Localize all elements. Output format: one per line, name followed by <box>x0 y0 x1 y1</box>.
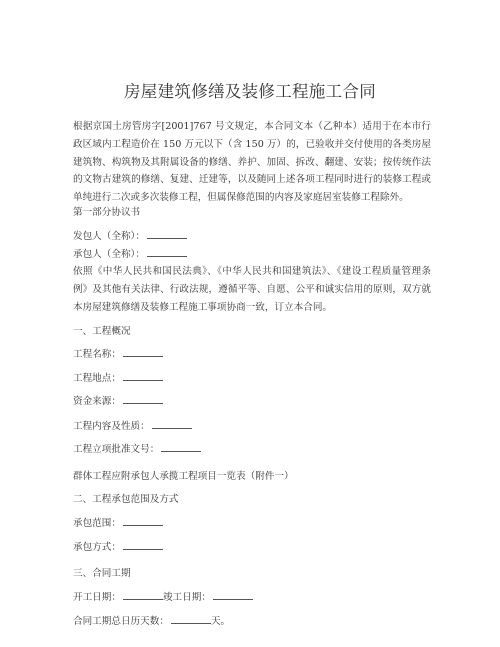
total-days-label: 合同工期总日历天数： <box>73 616 169 627</box>
field-blank <box>152 419 192 429</box>
field-blank <box>123 371 163 381</box>
section-three-heading: 三、合同工期 <box>73 565 131 579</box>
contractor-field: 承包人（全称）： <box>73 246 187 260</box>
total-days-blank <box>171 614 211 624</box>
part-one-heading: 第一部分协议书 <box>73 204 140 218</box>
field-label: 承包范围： <box>73 518 121 529</box>
start-date-label: 开工日期： <box>73 592 121 603</box>
employer-blank <box>147 229 187 239</box>
approval-number-field: 工程立项批准文号： <box>73 441 201 455</box>
field-blank <box>123 516 163 526</box>
contractor-blank <box>147 247 187 257</box>
group-project-note: 群体工程应附承包人承揽工程项目一览表（附件一） <box>73 468 294 482</box>
field-label: 资金来源： <box>73 396 121 407</box>
agreement-paragraph: 依照《中华人民共和国民法典》、《中华人民共和国建筑法》、《建设工程质量管理条例》… <box>73 263 431 316</box>
dates-field: 开工日期：竣工日期： <box>73 589 253 603</box>
field-blank <box>123 347 163 357</box>
start-date-blank <box>123 590 163 600</box>
days-unit: 天。 <box>211 616 230 627</box>
total-days-field: 合同工期总日历天数：天。 <box>73 613 230 627</box>
project-location-field: 工程地点： <box>73 370 163 384</box>
field-label: 工程立项批准文号： <box>73 444 159 455</box>
contractor-label: 承包人（全称）： <box>73 249 145 260</box>
document-title: 房屋建筑修缮及装修工程施工合同 <box>0 78 500 102</box>
section-one-heading: 一、工程概况 <box>73 323 131 337</box>
end-date-blank <box>213 590 253 600</box>
field-blank <box>123 394 163 404</box>
section-two-heading: 二、工程承包范围及方式 <box>73 491 179 505</box>
field-label: 工程名称： <box>73 349 121 360</box>
scope-field: 承包范围： <box>73 515 163 529</box>
employer-field: 发包人（全称）： <box>73 228 187 242</box>
field-blank <box>123 540 163 550</box>
field-label: 工程内容及性质： <box>73 421 150 432</box>
field-label: 工程地点： <box>73 373 121 384</box>
funding-source-field: 资金来源： <box>73 393 163 407</box>
project-name-field: 工程名称： <box>73 346 163 360</box>
intro-paragraph: 根据京国土房管房字[2001]767 号文规定，本合同文本（乙种本）适用于在本市… <box>73 118 431 207</box>
employer-label: 发包人（全称）： <box>73 231 145 242</box>
field-blank <box>161 442 201 452</box>
method-field: 承包方式： <box>73 539 163 553</box>
end-date-label: 竣工日期： <box>163 592 211 603</box>
project-content-field: 工程内容及性质： <box>73 418 192 432</box>
document-page: 房屋建筑修缮及装修工程施工合同 根据京国土房管房字[2001]767 号文规定，… <box>0 0 500 647</box>
field-label: 承包方式： <box>73 542 121 553</box>
